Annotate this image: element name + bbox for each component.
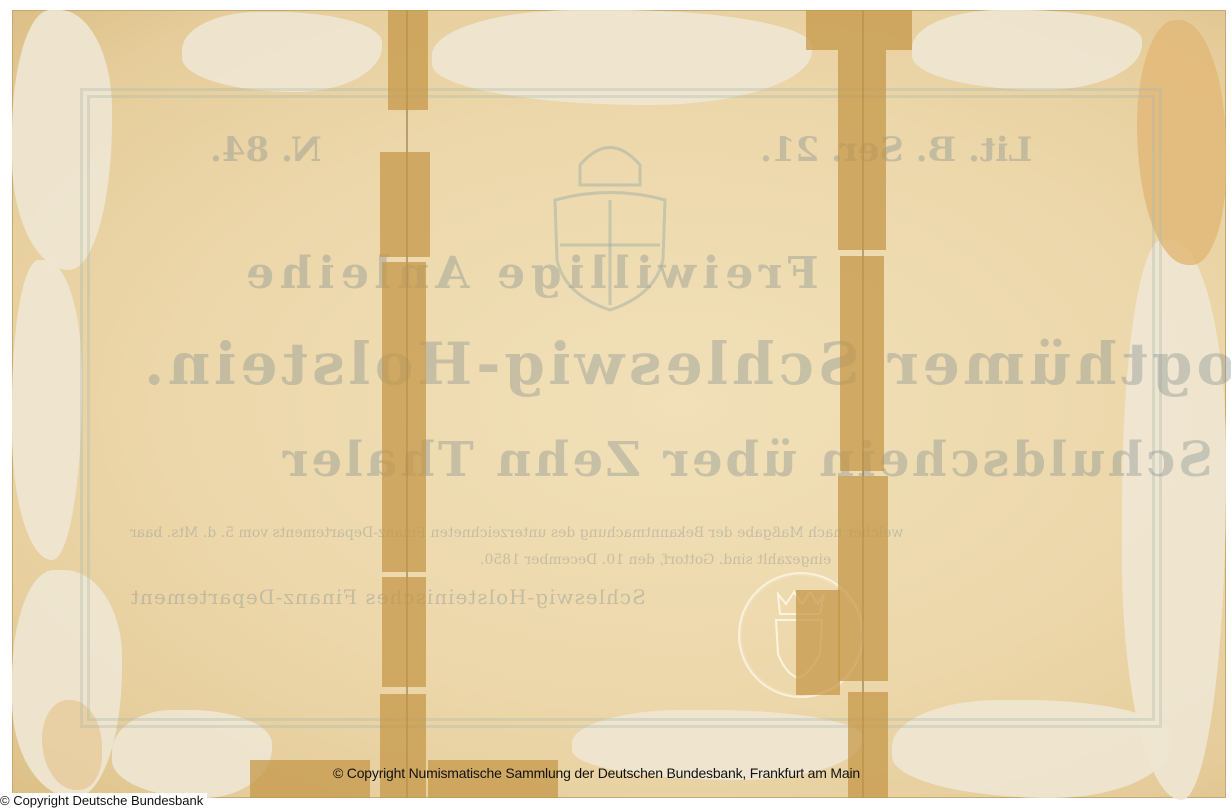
tape-strip bbox=[380, 694, 426, 798]
tape-strip bbox=[380, 152, 430, 257]
worn-patch bbox=[912, 10, 1142, 90]
serial-number: N. 84. bbox=[210, 130, 322, 170]
coat-of-arms-icon bbox=[545, 130, 675, 315]
worn-patch bbox=[182, 12, 382, 92]
corner-copyright-caption: © Copyright Deutsche Bundesbank bbox=[0, 793, 207, 808]
date-line: eingezahlt sind. Gottorf, den 10. Decemb… bbox=[480, 552, 831, 568]
heading-line-1: Freiwillige Anleihe bbox=[240, 248, 819, 299]
copyright-caption: © Copyright Numismatische Sammlung der D… bbox=[333, 765, 860, 781]
tape-strip bbox=[838, 476, 888, 681]
tape-strip bbox=[382, 577, 426, 687]
body-text-line: welcher nach Maßgabe der Bekanntmachung … bbox=[130, 525, 903, 541]
tape-strip bbox=[796, 590, 840, 695]
tape-strip bbox=[838, 50, 886, 250]
series-label: Lit. B. Ser. 21. bbox=[760, 130, 1032, 170]
heading-line-2: Herzogthümer Schleswig-Holstein. bbox=[140, 330, 1231, 398]
banknote-reverse bbox=[12, 10, 1226, 798]
worn-patch bbox=[12, 260, 82, 560]
tape-strip bbox=[840, 256, 884, 471]
tape-strip bbox=[382, 262, 426, 572]
tape-strip bbox=[848, 692, 888, 798]
tape-strip bbox=[388, 10, 428, 110]
tape-strip bbox=[806, 10, 912, 50]
